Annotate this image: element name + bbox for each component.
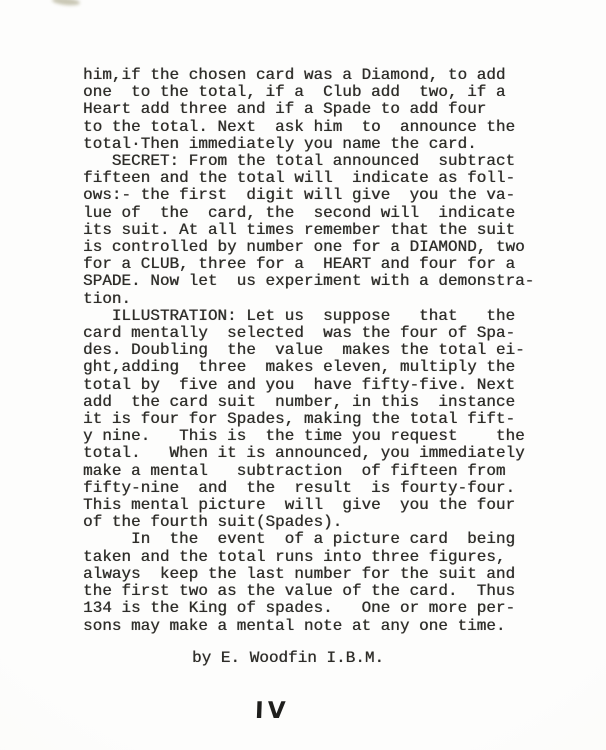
text-line: for a CLUB, three for a HEART and four f… [83, 256, 534, 273]
text-line: one to the total, if a Club add two, if … [83, 84, 534, 101]
text-line: ILLUSTRATION: Let us suppose that the [83, 308, 534, 325]
text-line: total by five and you have fifty-five. N… [83, 377, 534, 394]
text-line: is controlled by number one for a DIAMON… [83, 239, 534, 256]
page-number: IV [255, 698, 290, 724]
text-line: it is four for Spades, making the total … [83, 411, 534, 428]
text-line: ows:- the first digit will give you the … [83, 187, 534, 204]
byline: by E. Woodfin I.B.M. [192, 650, 384, 667]
text-line: him,if the chosen card was a Diamond, to… [83, 67, 534, 84]
text-line: taken and the total runs into three figu… [83, 549, 534, 566]
text-line: to the total. Next ask him to announce t… [83, 119, 534, 136]
text-line: its suit. At all times remember that the… [83, 222, 534, 239]
text-line: tion. [83, 291, 534, 308]
text-line: SPADE. Now let us experiment with a demo… [83, 273, 534, 290]
text-line: card mentally selected was the four of S… [83, 325, 534, 342]
text-line: total. When it is announced, you immedia… [83, 445, 534, 462]
text-line: lue of the card, the second will indicat… [83, 205, 534, 222]
text-line: total·Then immediately you name the card… [83, 136, 534, 153]
text-line: fifty-nine and the result is fourty-four… [83, 480, 534, 497]
text-line: sons may make a mental note at any one t… [83, 618, 534, 635]
text-line: fifteen and the total will indicate as f… [83, 170, 534, 187]
text-line: SECRET: From the total announced subtrac… [83, 153, 534, 170]
typewritten-text: him,if the chosen card was a Diamond, to… [83, 67, 534, 635]
text-line: In the event of a picture card being [83, 531, 534, 548]
text-line: Heart add three and if a Spade to add fo… [83, 101, 534, 118]
text-line: 134 is the King of spades. One or more p… [83, 600, 534, 617]
text-line: make a mental subtraction of fifteen fro… [83, 463, 534, 480]
scanned-page: him,if the chosen card was a Diamond, to… [0, 0, 606, 750]
text-line: of the fourth suit(Spades). [83, 514, 534, 531]
text-line: y nine. This is the time you request the [83, 428, 534, 445]
text-line: ght,adding three makes eleven, multiply … [83, 359, 534, 376]
text-line: the first two as the value of the card. … [83, 583, 534, 600]
text-line: add the card suit number, in this instan… [83, 394, 534, 411]
text-line: always keep the last number for the suit… [83, 566, 534, 583]
ink-smudge [52, 0, 81, 6]
text-line: This mental picture will give you the fo… [83, 497, 534, 514]
text-line: des. Doubling the value makes the total … [83, 342, 534, 359]
